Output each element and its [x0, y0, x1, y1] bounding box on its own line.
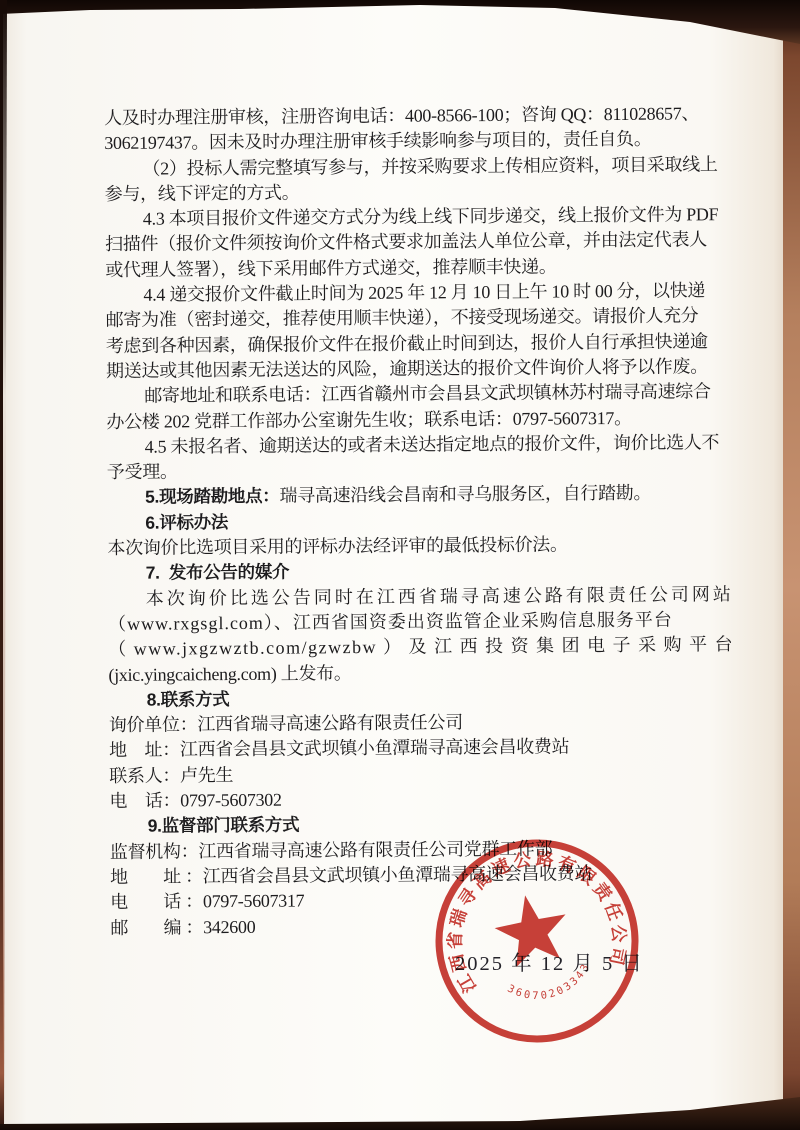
body-text: 本次询价比选公告同时在江西省瑞寻高速公路有限责任公司网站	[146, 584, 734, 609]
heading-text: 8.联系方式	[147, 689, 230, 710]
body-text: 邮 编 ：342600	[110, 916, 255, 937]
text-line: 扫描件（报价文件须按询价文件格式要求加盖法人单位公章，并由法定代表人	[105, 228, 711, 258]
company-seal-stamp: 江西省瑞寻高速公路有限责任公司 3607020334316	[402, 806, 672, 1076]
body-text: 邮寄为准（密封递交，推荐使用顺丰快递），不接受现场递交。请报价人充分	[106, 306, 699, 331]
body-text: 邮寄地址和联系电话：江西省赣州市会昌县文武坝镇林苏村瑞寻高速综合	[144, 382, 711, 406]
body-text: (jxic.yingcaicheng.com) 上发布。	[108, 663, 351, 685]
body-text: 联系人：卢先生	[109, 765, 233, 786]
body-text: 地 址：江西省会昌县文武坝镇小鱼潭瑞寻高速会昌收费站	[109, 737, 569, 761]
body-text: 期送达或其他因素无法送达的风险，逾期送达的报价文件询价人将予以作废。	[106, 356, 708, 381]
text-line: 4.5 未报名者、逾期送达的或者未送达指定地点的报价文件，询价比选人不	[107, 430, 713, 460]
body-text: （2）投标人需完整填写参与，并按采购要求上传相应资料，项目采取线上	[142, 154, 717, 179]
star-icon	[490, 889, 574, 970]
heading-text: 9.监督部门联系方式	[148, 815, 300, 836]
body-text: 电 话 ：0797-5607317	[110, 891, 304, 913]
body-text: （www.rxgsgl.com）、江西省国资委出资监管企业采购信息服务平台	[108, 609, 673, 633]
body-text: 扫描件（报价文件须按询价文件格式要求加盖法人单位公章，并由法定代表人	[105, 230, 707, 255]
body-text: 考虑到各种因素，确保报价文件在报价截止时间到达，报价人自行承担快递逾	[106, 331, 708, 356]
body-text: 4.4 递交报价文件截止时间为 2025 年 12 月 10 日上午 10 时 …	[143, 280, 705, 304]
body-text: 询价单位：江西省瑞寻高速公路有限责任公司	[109, 712, 463, 735]
text-line: （2）投标人需完整填写参与，并按采购要求上传相应资料，项目采取线上	[104, 152, 710, 182]
body-text: 4.3 本项目报价文件递交方式分为线上线下同步递交，线上报价文件为 PDF	[143, 204, 719, 229]
heading-text: 5.现场踏勘地点：	[145, 486, 280, 507]
body-text: 瑞寻高速沿线会昌南和寻乌服务区，自行踏勘。	[279, 483, 651, 506]
body-text: 4.5 未报名者、逾期送达的或者未送达指定地点的报价文件，询价比选人不	[145, 432, 720, 457]
body-text: 或代理人签署），线下采用邮件方式递交，推荐顺丰快递。	[105, 256, 556, 280]
text-line: 5.现场踏勘地点：瑞寻高速沿线会昌南和寻乌服务区，自行踏勘。	[107, 481, 713, 511]
body-text: 予受理。	[107, 462, 178, 483]
body-text: 本次询价比选项目采用的评标办法经评审的最低投标价法。	[107, 534, 567, 558]
heading-text: 7. 发布公告的媒介	[146, 562, 290, 583]
body-text: 参与，线下评定的方式。	[105, 182, 300, 204]
body-text: （ www.jxgzwztb.com/gzwzbw ） 及 江 西 投 资 集 …	[108, 634, 734, 659]
body-text: 电 话：0797-5607302	[109, 790, 281, 811]
body-text: 3062197437。因未及时办理注册审核手续影响参与项目的，责任自负。	[104, 129, 651, 153]
body-text: 办公楼 202 党群工作部办公室谢先生收；联系电话：0797-5607317。	[106, 407, 631, 431]
text-line: （ www.jxgzwztb.com/gzwzbw ） 及 江 西 投 资 集 …	[108, 632, 714, 662]
heading-text: 6.评标办法	[145, 512, 228, 533]
body-text: 人及时办理注册审核，注册咨询电话：400-8566-100；咨询 QQ：8110…	[104, 103, 699, 128]
